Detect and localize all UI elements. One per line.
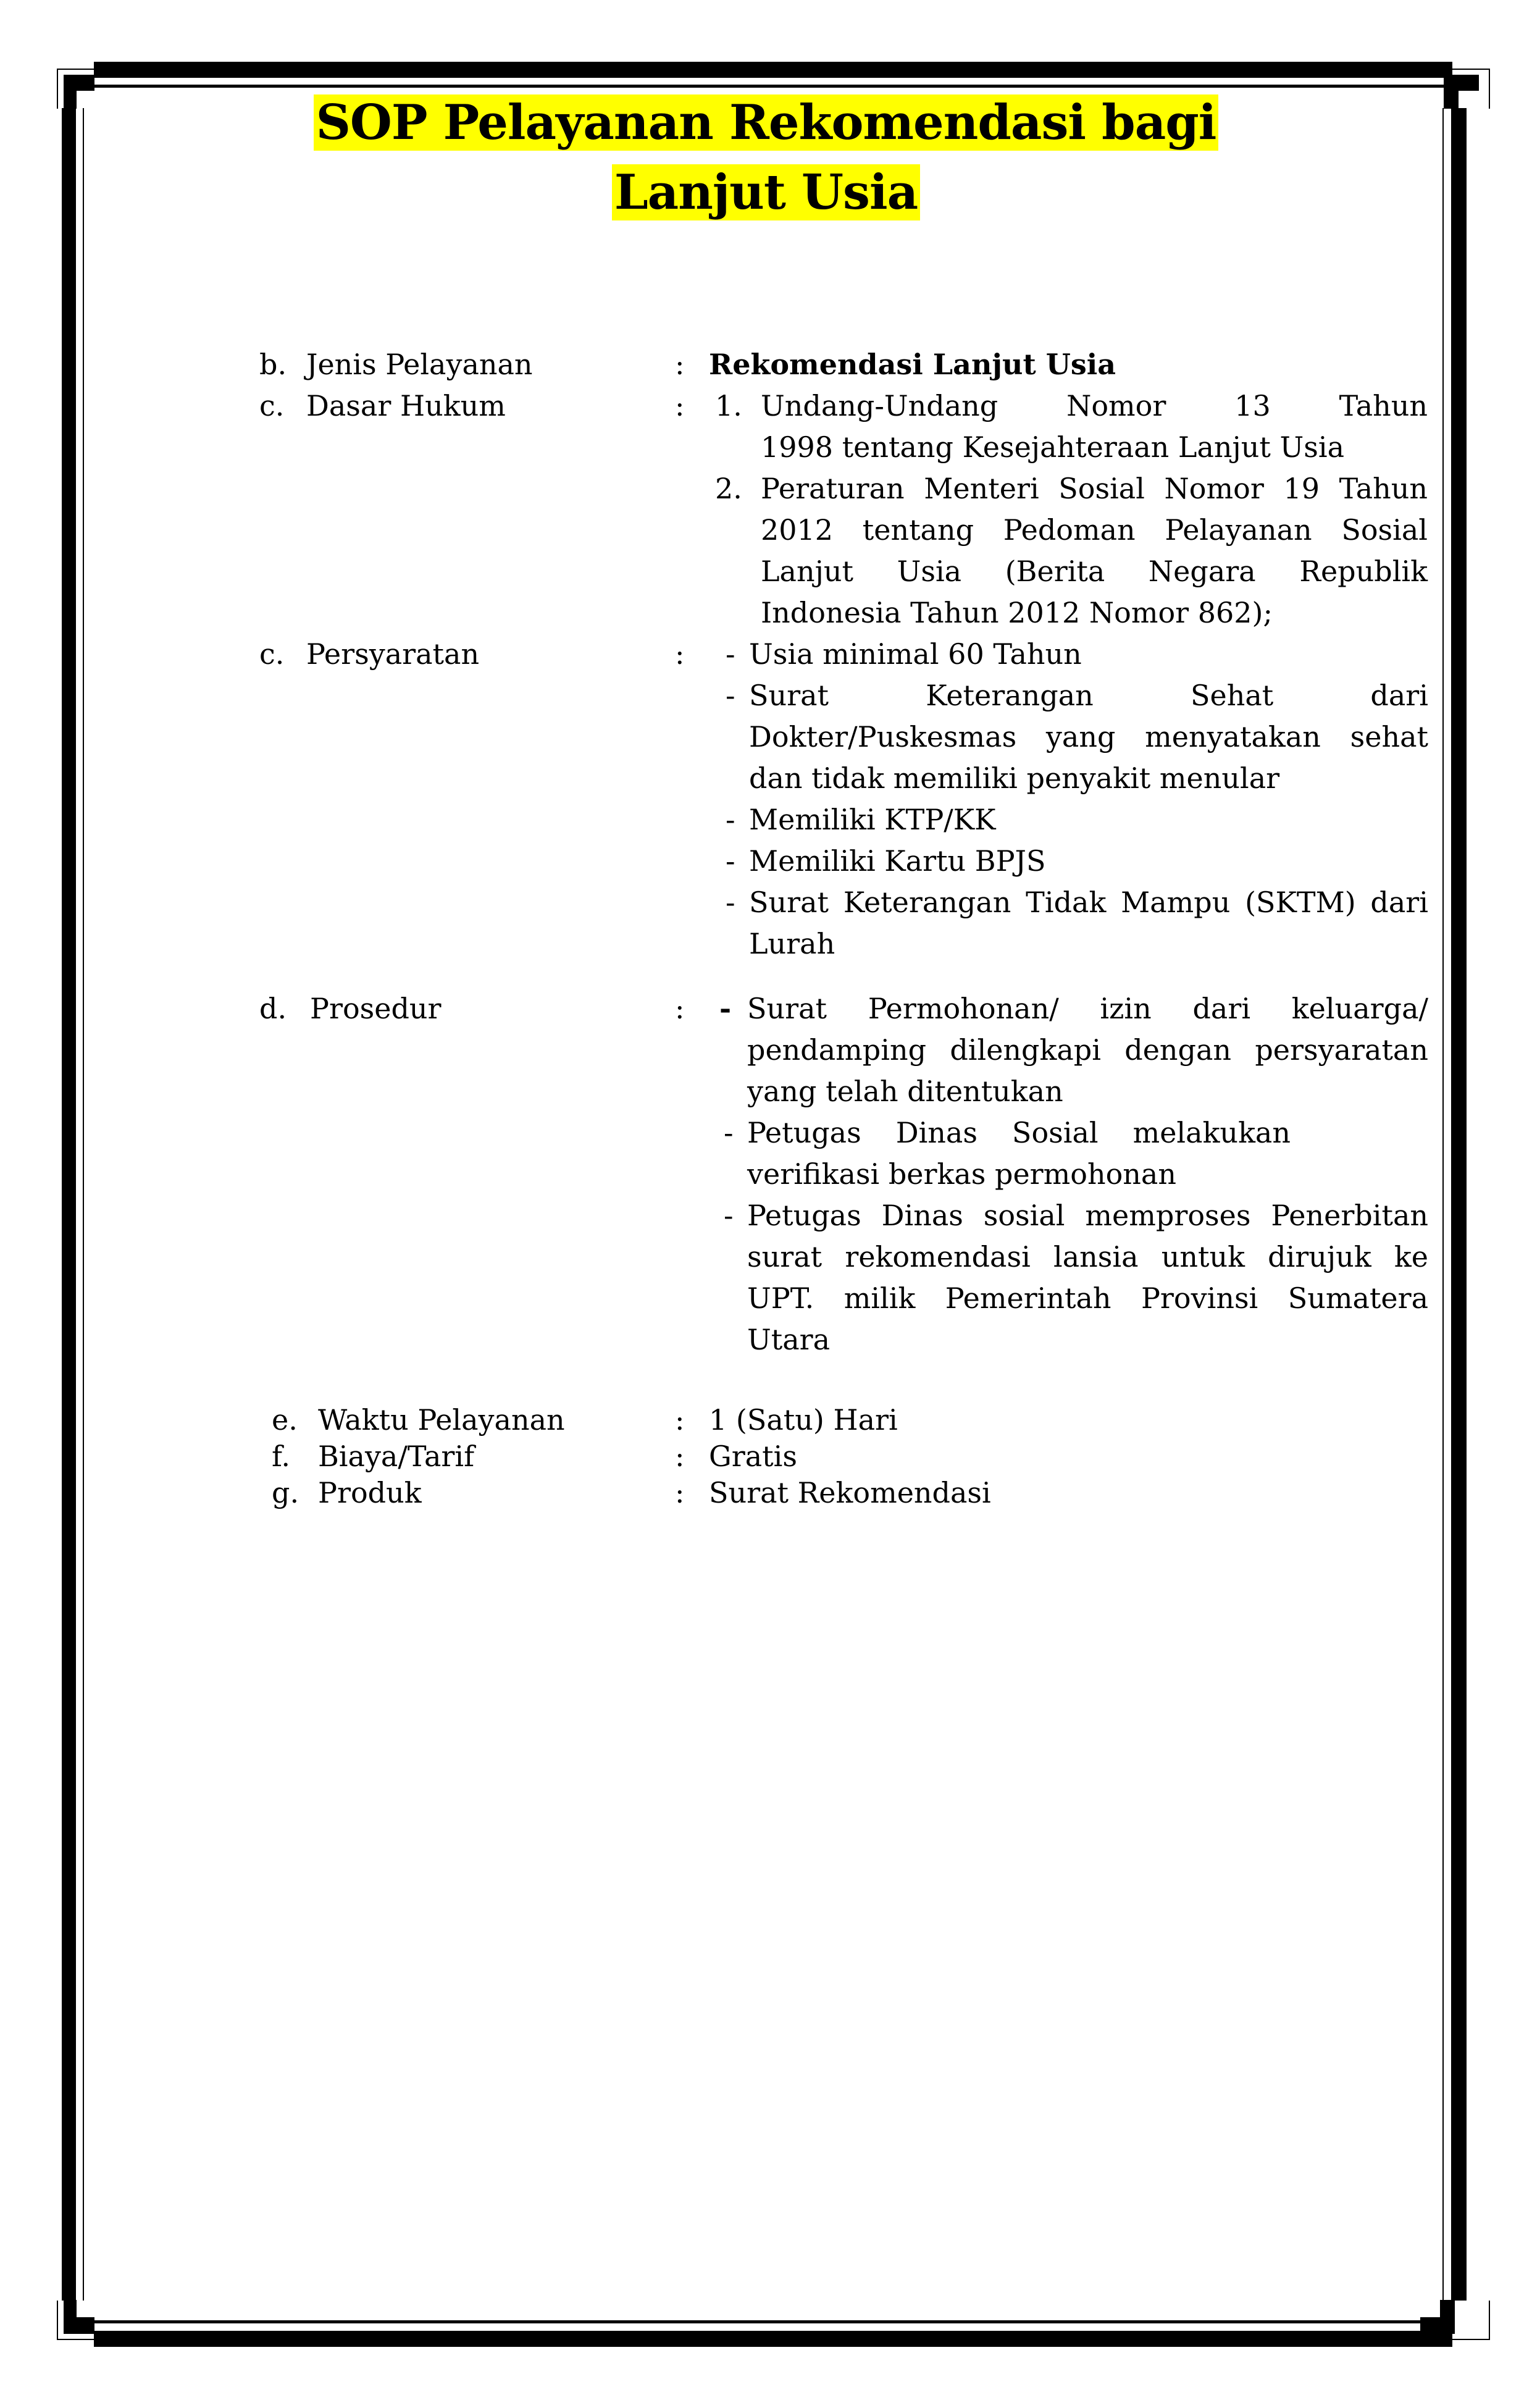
corner-bottom-right-outline: [1452, 2301, 1490, 2340]
item-line: Lurah: [749, 923, 1428, 965]
bullet-dash-icon: -: [726, 799, 735, 841]
row-letter: e.: [272, 1402, 298, 1438]
row-letter: g.: [272, 1475, 299, 1511]
item-number: 2.: [715, 468, 742, 510]
item-line: Surat Permohonan/ izin dari keluarga/: [747, 988, 1428, 1030]
separator-colon: :: [675, 988, 685, 1030]
border-right-thin: [1442, 108, 1444, 2301]
bullet-dash-icon: -: [726, 634, 735, 675]
row-label: Jenis Pelayanan: [306, 344, 533, 385]
item-line: Utara: [747, 1319, 1428, 1361]
item-line: verifikasi berkas permohonan: [747, 1154, 1428, 1195]
row-letter: d.: [259, 988, 287, 1030]
bullet-dash-icon: -: [719, 988, 731, 1030]
bullet-dash-icon: -: [724, 1195, 734, 1236]
row-letter: b.: [259, 344, 287, 385]
item-line: Memiliki KTP/KK: [749, 799, 1428, 841]
item-line: Indonesia Tahun 2012 Nomor 862);: [761, 592, 1428, 634]
item-line: pendamping dilengkapi dengan persyaratan: [747, 1030, 1428, 1071]
item-line: Petugas Dinas Sosial melakukan: [747, 1112, 1291, 1154]
row-letter: c.: [259, 634, 284, 675]
item-line: Lanjut Usia (Berita Negara Republik: [761, 551, 1428, 592]
title-highlight-2: Lanjut Usia: [612, 164, 920, 220]
row-letter: c.: [259, 385, 284, 427]
row-letter: f.: [272, 1438, 290, 1475]
row-value: Gratis: [709, 1438, 1428, 1475]
item-number: 1.: [715, 385, 742, 427]
item-line: Undang-Undang Nomor 13 Tahun: [761, 385, 1428, 427]
border-top-thick: [94, 62, 1452, 78]
border-bottom-thick: [94, 2331, 1452, 2347]
row-label: Biaya/Tarif: [318, 1438, 474, 1475]
item-line: Dokter/Puskesmas yang menyatakan sehat: [749, 716, 1428, 758]
item-line: surat rekomendasi lansia untuk dirujuk k…: [747, 1236, 1428, 1278]
item-line: Usia minimal 60 Tahun: [749, 634, 1428, 675]
item-line: Surat Keterangan Tidak Mampu (SKTM) dari: [749, 882, 1428, 923]
item-line: Peraturan Menteri Sosial Nomor 19 Tahun: [761, 468, 1428, 510]
item-line: UPT. milik Pemerintah Provinsi Sumatera: [747, 1278, 1428, 1319]
item-line: Memiliki Kartu BPJS: [749, 841, 1428, 882]
corner-bottom-right-block-v: [1440, 2300, 1455, 2334]
bullet-dash-icon: -: [726, 841, 735, 882]
separator-colon: :: [675, 1438, 685, 1475]
row-label: Dasar Hukum: [306, 385, 506, 427]
row-label: Waktu Pelayanan: [318, 1402, 565, 1438]
bullet-dash-icon: -: [724, 1112, 734, 1154]
bullet-dash-icon: -: [726, 675, 735, 716]
row-label: Produk: [318, 1475, 422, 1511]
separator-colon: :: [675, 1475, 685, 1511]
item-line: 1998 tentang Kesejahteraan Lanjut Usia: [761, 427, 1428, 468]
border-right-thick: [1451, 108, 1467, 2301]
border-top-thin: [94, 85, 1452, 88]
title-highlight-1: SOP Pelayanan Rekomendasi bagi: [314, 94, 1219, 151]
separator-colon: :: [675, 344, 685, 385]
bullet-dash-icon: -: [726, 882, 735, 923]
row-value: Rekomendasi Lanjut Usia: [709, 344, 1428, 385]
corner-bottom-left-block-v: [64, 2300, 77, 2334]
border-left-thin: [83, 108, 84, 2301]
separator-colon: :: [675, 1402, 685, 1438]
item-line: Petugas Dinas sosial memproses Penerbita…: [747, 1195, 1428, 1236]
row-value: 1 (Satu) Hari: [709, 1402, 1428, 1438]
border-left-thick: [62, 108, 76, 2301]
title-line-1: SOP Pelayanan Rekomendasi bagi: [0, 93, 1532, 153]
row-label: Persyaratan: [306, 634, 479, 675]
separator-colon: :: [675, 634, 685, 675]
row-label: Prosedur: [310, 988, 442, 1030]
item-line: yang telah ditentukan: [747, 1071, 1428, 1112]
border-bottom-thin: [94, 2320, 1452, 2323]
row-value: Surat Rekomendasi: [709, 1475, 1428, 1511]
item-line: 2012 tentang Pedoman Pelayanan Sosial: [761, 510, 1428, 551]
title-line-2: Lanjut Usia: [0, 162, 1532, 223]
separator-colon: :: [675, 385, 685, 427]
item-line: Surat Keterangan Sehat dari: [749, 675, 1428, 716]
item-line: dan tidak memiliki penyakit menular: [749, 758, 1428, 799]
